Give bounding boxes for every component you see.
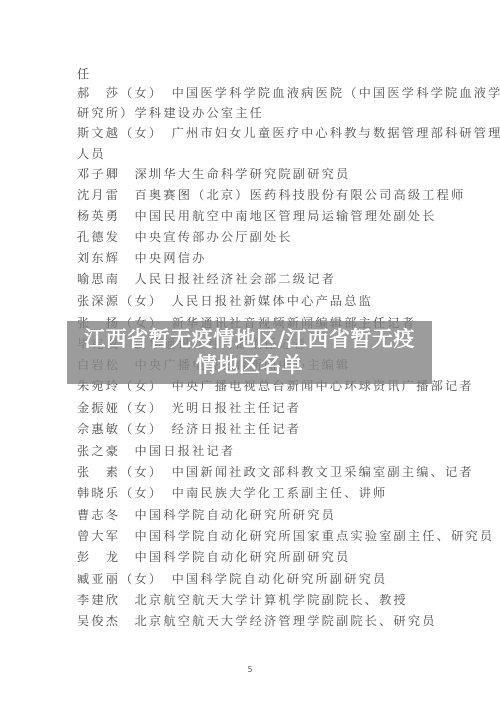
text-line: 彭 龙 中国科学院自动化研究所副研究员 <box>77 549 350 565</box>
overlay-title: 江西省暂无疫情地区/江西省暂无疫 情地区名单 <box>67 326 432 378</box>
text-line: 臧亚丽（女） 中国科学院自动化研究所副研究员 <box>77 571 387 587</box>
text-line: 研究所）学科建设办公室主任 <box>77 105 264 121</box>
document-page: 任 郝 莎（女） 中国医学科学院血液病医院（中国医学科学院血液学 研究所）学科建… <box>0 0 500 706</box>
text-line: 张 素（女） 中国新闻社政文部科教文卫采编室副主编、记者 <box>77 464 474 480</box>
text-line: 喻思南 人民日报社经济社会部二级记者 <box>77 271 336 287</box>
text-line: 张之豪 中国日报社记者 <box>77 443 235 459</box>
text-line: 杨英勇 中国民用航空中南地区管理局运输管理处副处长 <box>77 208 437 224</box>
text-line: 吴俊杰 北京航空航天大学经济管理学院副院长、研究员 <box>77 613 437 629</box>
overlay-title-line-2: 情地区名单 <box>67 352 432 378</box>
text-line: 曾大军 中国科学院自动化研究所国家重点实验室副主任、研究员 <box>77 528 494 544</box>
text-line: 曹志冬 中国科学院自动化研究所研究员 <box>77 507 336 523</box>
text-line: 金振娅（女） 光明日报社主任记者 <box>77 400 301 416</box>
text-line: 邓子卿 深圳华大生命科学研究院副研究员 <box>77 166 350 182</box>
text-line: 韩晓乐（女） 中南民族大学化工系副主任、讲师 <box>77 485 387 501</box>
overlay-title-line-1: 江西省暂无疫情地区/江西省暂无疫 <box>67 326 432 352</box>
text-line: 孔德发 中央宣传部办公厅副处长 <box>77 229 293 245</box>
text-line: 任 <box>77 66 91 82</box>
text-line: 刘东辉 中央网信办 <box>77 250 207 266</box>
text-line: 沈月雷 百奥赛图（北京）医药科技股份有限公司高级工程师 <box>77 187 465 203</box>
text-line: 斯文越（女） 广州市妇女儿童医疗中心科教与数据管理部科研管理 <box>77 125 500 141</box>
text-line: 佘惠敏（女） 经济日报社主任记者 <box>77 421 301 437</box>
text-line: 张深源（女） 人民日报社新媒体中心产品总监 <box>77 293 373 309</box>
text-line: 人员 <box>77 146 106 162</box>
text-line: 郝 莎（女） 中国医学科学院血液病医院（中国医学科学院血液学 <box>77 85 500 101</box>
text-line: 李建欣 北京航空航天大学计算机学院副院长、教授 <box>77 592 408 608</box>
page-number: 5 <box>0 665 500 674</box>
